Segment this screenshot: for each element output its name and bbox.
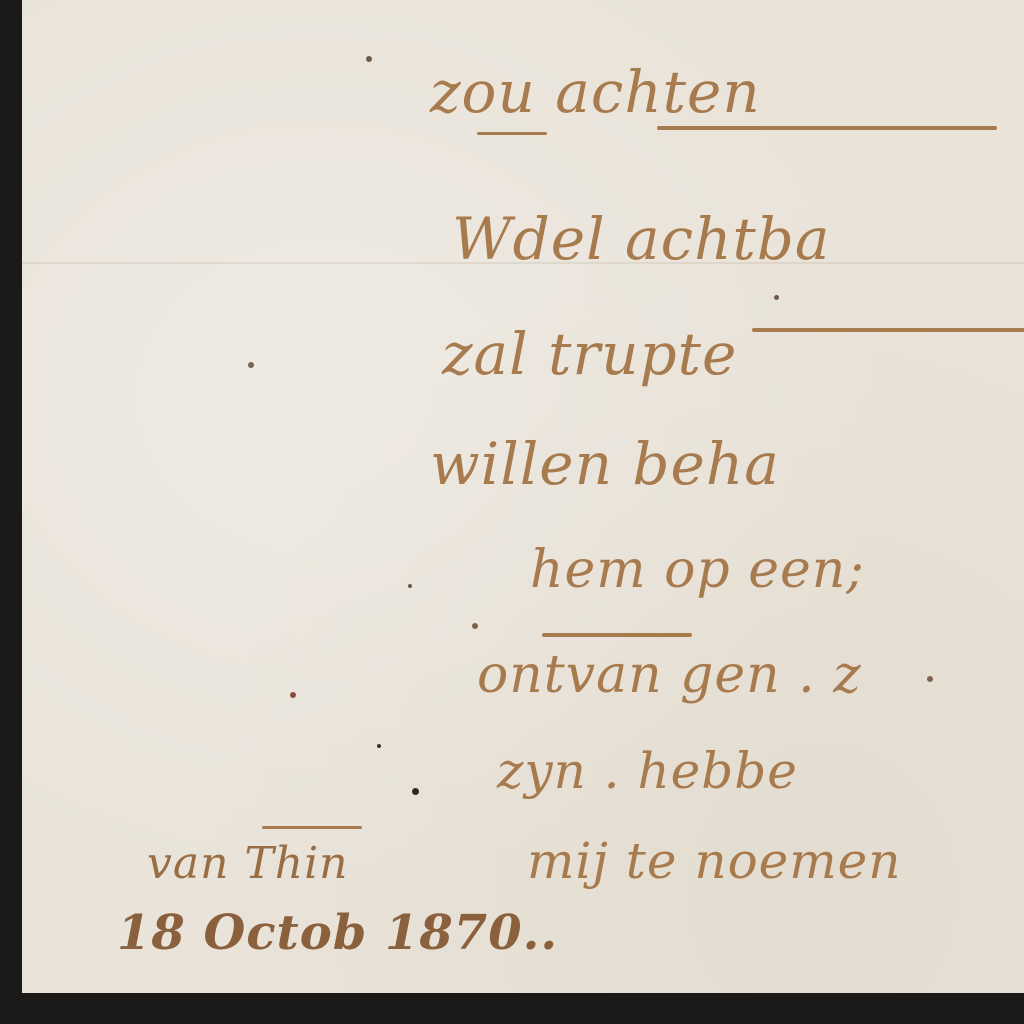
text-line-6: ontvan gen . z [477,645,862,705]
text-line-8: mij te noemen [527,832,901,890]
text-line-2: Wdel achtba [452,205,830,273]
text-line-4: willen beha [430,430,780,498]
ink-spot [412,788,419,795]
ink-spot [377,744,381,748]
signature-name: van Thin [147,838,349,889]
ink-spot [472,623,478,629]
t-cross-stroke [752,328,1024,332]
ink-spot [290,692,296,698]
t-cross-stroke-2 [542,633,692,637]
ink-spot [774,295,779,300]
ink-spot [408,584,412,588]
text-line-5: hem op een; [530,540,865,600]
text-line-7: zyn . hebbe [497,742,798,800]
text-line-3: zal trupte [442,320,737,388]
text-line-1: zou achten [430,58,761,126]
signature-date: 18 Octob 1870.. [117,905,558,961]
underline-2 [657,126,997,130]
signature-cross-stroke [262,826,362,829]
underline-1 [477,132,547,135]
ink-spot [927,676,933,682]
ink-spot [248,362,254,368]
letter-paper: zou achten Wdel achtba zal trupte willen… [22,0,1024,993]
ink-spot [366,56,372,62]
